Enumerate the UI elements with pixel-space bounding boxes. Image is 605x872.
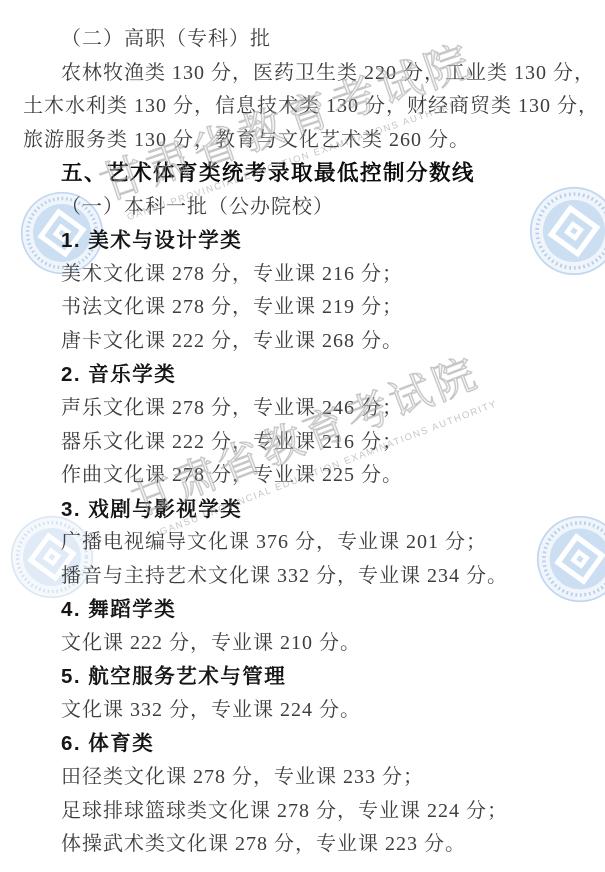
category-heading-sports: 6. 体育类 <box>23 727 599 761</box>
document-page: 甘肃省教育考试院 GANSU PROVINCIAL EDUCATION EXAM… <box>0 0 605 872</box>
score-line-vocal: 声乐文化课 278 分，专业课 246 分； <box>23 392 599 426</box>
vocational-scores-line-1: 农林牧渔类 130 分，医药卫生类 220 分，工业类 130 分， <box>23 57 599 91</box>
score-line-ball-games: 足球排球篮球类文化课 278 分，专业课 224 分； <box>23 795 599 829</box>
subsection-heading-benke1: （一）本科一批（公办院校） <box>23 191 599 225</box>
score-line-anchoring-art: 播音与主持艺术文化课 332 分，专业课 234 分。 <box>23 560 599 594</box>
score-line-thangka: 唐卡文化课 222 分，专业课 268 分。 <box>23 325 599 359</box>
vocational-scores-line-2: 土木水利类 130 分，信息技术类 130 分，财经商贸类 130 分， <box>23 90 599 124</box>
score-line-track-field: 田径类文化课 278 分，专业课 233 分； <box>23 761 599 795</box>
category-heading-drama-film: 3. 戏剧与影视学类 <box>23 493 599 527</box>
document-body: （二）高职（专科）批 农林牧渔类 130 分，医药卫生类 220 分，工业类 1… <box>23 23 599 862</box>
score-line-aviation: 文化课 332 分，专业课 224 分。 <box>23 694 599 728</box>
section5-heading: 五、艺术体育类统考录取最低控制分数线 <box>23 157 599 191</box>
category-heading-dance: 4. 舞蹈学类 <box>23 593 599 627</box>
vocational-scores-line-3: 旅游服务类 130 分，教育与文化艺术类 260 分。 <box>23 124 599 158</box>
category-heading-aviation-service: 5. 航空服务艺术与管理 <box>23 660 599 694</box>
score-line-broadcast-directing: 广播电视编导文化课 376 分，专业课 201 分； <box>23 526 599 560</box>
score-line-composition: 作曲文化课 278 分，专业课 225 分。 <box>23 459 599 493</box>
category-heading-art-design: 1. 美术与设计学类 <box>23 224 599 258</box>
category-heading-music: 2. 音乐学类 <box>23 358 599 392</box>
score-line-dance: 文化课 222 分，专业课 210 分。 <box>23 627 599 661</box>
score-line-gymnastics-martial: 体操武术类文化课 278 分，专业课 223 分。 <box>23 828 599 862</box>
batch-heading-vocational: （二）高职（专科）批 <box>23 23 599 57</box>
score-line-calligraphy: 书法文化课 278 分，专业课 219 分； <box>23 291 599 325</box>
score-line-instrumental: 器乐文化课 222 分，专业课 216 分； <box>23 426 599 460</box>
score-line-fine-arts: 美术文化课 278 分，专业课 216 分； <box>23 258 599 292</box>
